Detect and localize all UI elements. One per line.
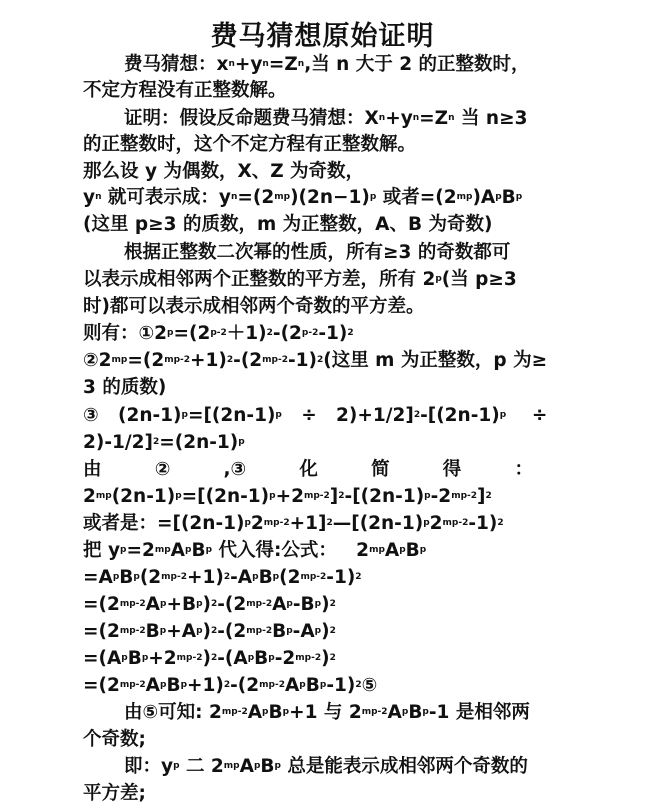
text-line: =(2mp-2Bp+Ap)2-(2mp-2Bp-Ap)2 [83, 619, 563, 645]
text-line: 由⑤可知: 2mp-2ApBp+1 与 2mp-2ApBp-1 是相邻两 [124, 700, 604, 726]
text-line: 或者是：=[(2n-1)p2mp-2+1]2—[(2n-1)p2mp-2-1)2 [83, 511, 563, 537]
text-line: 根据正整数二次幂的性质，所有≥3 的奇数都可 [124, 240, 604, 266]
text-line: =ApBp(2mp-2+1)2-ApBp(2mp-2-1)2 [83, 565, 563, 591]
justified-part: 得 [443, 457, 462, 483]
text-line: 费马猜想：xn+yn=Zn,当 n 大于 2 的正整数时， [124, 52, 604, 78]
text-line: 时)都可以表示成相邻两个奇数的平方差。 [83, 294, 563, 320]
text-line: 那么设 y 为偶数，X、Z 为奇数， [83, 159, 563, 185]
text-line: ③ (2n-1)p=[(2n-1)p ÷ 2)+1/2]2-[(2n-1)p ÷ [83, 403, 563, 429]
text-line: =(2mp-2Ap+Bp)2-(2mp-2Ap-Bp)2 [83, 592, 563, 618]
text-line: ②2mp=(2mp-2+1)2-(2mp-2-1)2(这里 m 为正整数，p 为… [83, 348, 563, 374]
text-line: (这里 p≥3 的质数，m 为正整数，A、B 为奇数) [83, 212, 563, 238]
text-line: 个奇数; [83, 727, 563, 753]
text-line: 3 的质数) [83, 375, 563, 401]
justified-part: ： [514, 457, 533, 483]
justified-part: 化 [299, 457, 318, 483]
justified-part: ② [155, 457, 171, 483]
document-title: 费马猜想原始证明 [0, 14, 645, 53]
document-page: 费马猜想原始证明 费马猜想：xn+yn=Zn,当 n 大于 2 的正整数时，不定… [0, 0, 645, 811]
text-line: 即：yp 二 2mpApBp 总是能表示成相邻两个奇数的 [124, 754, 604, 780]
text-line: 的正整数时，这个不定方程有正整数解。 [83, 132, 563, 158]
text-line: =(2mp-2ApBp+1)2-(2mp-2ApBp-1)2⑤ [83, 673, 563, 699]
text-line: 不定方程没有正整数解。 [83, 78, 563, 104]
justified-part: ,③ [224, 457, 247, 483]
justified-line: 由 ② ,③ 化 简 得 ： [83, 457, 533, 483]
text-line: =(ApBp+2mp-2)2-(ApBp-2mp-2)2 [83, 646, 563, 672]
text-line: yn 就可表示成：yn=(2mp)(2n−1)p 或者=(2mp)ApBp [83, 185, 563, 211]
text-line: 证明：假设反命题费马猜想：Xn+yn=Zn 当 n≥3 [124, 106, 604, 132]
justified-part: 简 [371, 457, 390, 483]
text-line: 则有：①2p=(2p-2＋1)2-(2p-2-1)2 [83, 321, 563, 347]
text-line: 把 yp=2mpApBp 代入得:公式： 2mpApBp [83, 538, 563, 564]
text-line: 2mp(2n-1)p=[(2n-1)p+2mp-2]2-[(2n-1)p-2mp… [83, 484, 563, 510]
text-line: 平方差; [83, 781, 563, 807]
text-line: 2)-1/2]2=(2n-1)p [83, 430, 563, 456]
justified-part: 由 [83, 457, 102, 483]
text-line: 以表示成相邻两个正整数的平方差，所有 2p(当 p≥3 [83, 267, 563, 293]
